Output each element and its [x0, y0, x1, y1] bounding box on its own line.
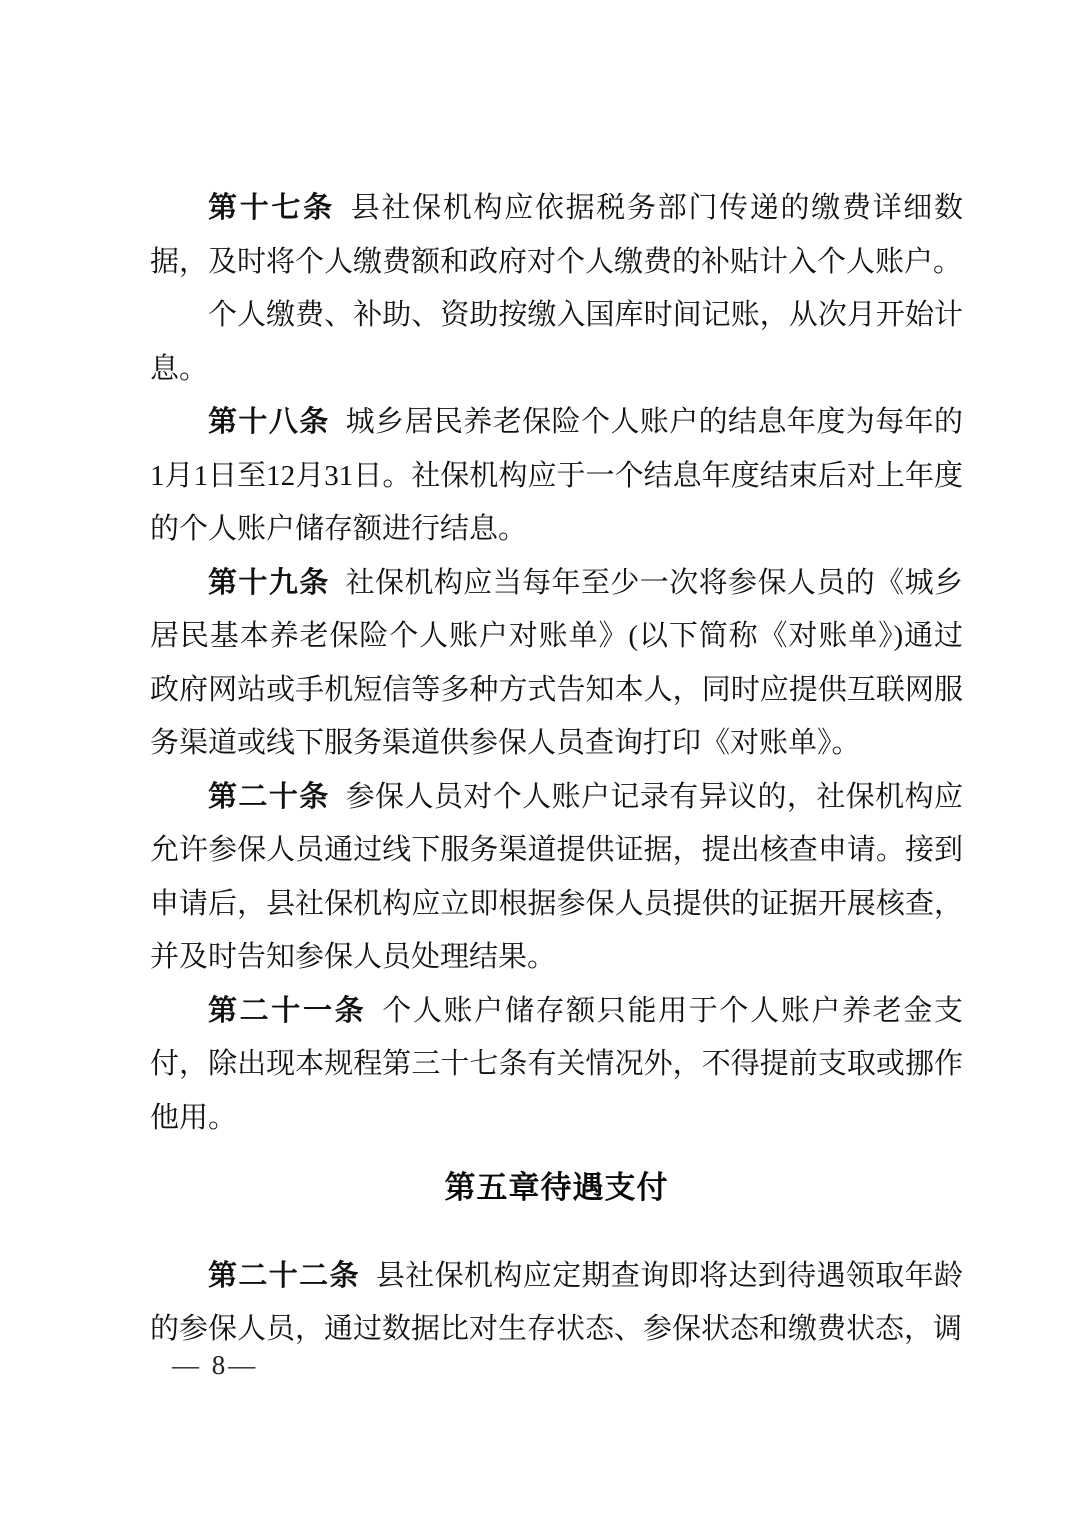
article-17-subparagraph-text: 个人缴费、补助、资助按缴入国库时间记账，从次月开始计息。 [150, 299, 963, 385]
article-18: 第十八条城乡居民养老保险个人账户的结息年度为每年的1月1日至12月31日。社保机… [150, 396, 963, 557]
article-21: 第二十一条个人账户储存额只能用于个人账户养老金支付，除出现本规程第三十七条有关情… [150, 985, 963, 1146]
article-18-label: 第十八条 [208, 406, 330, 438]
article-19-label: 第十九条 [208, 567, 330, 599]
article-17-label: 第十七条 [208, 192, 335, 224]
article-19: 第十九条社保机构应当每年至少一次将参保人员的《城乡居民基本养老保险个人账户对账单… [150, 557, 963, 771]
document-page: 第十七条县社保机构应依据税务部门传递的缴费详细数据，及时将个人缴费额和政府对个人… [0, 0, 1074, 1519]
article-22-label: 第二十二条 [208, 1260, 360, 1292]
article-17: 第十七条县社保机构应依据税务部门传递的缴费详细数据，及时将个人缴费额和政府对个人… [150, 182, 963, 289]
article-22: 第二十二条县社保机构应定期查询即将达到待遇领取年龄的参保人员，通过数据比对生存状… [150, 1250, 963, 1357]
article-21-label: 第二十一条 [208, 995, 366, 1027]
article-20-label: 第二十条 [208, 781, 330, 813]
page-number: — 8— [172, 1350, 258, 1381]
document-body: 第十七条县社保机构应依据税务部门传递的缴费详细数据，及时将个人缴费额和政府对个人… [150, 182, 963, 1357]
article-20: 第二十条参保人员对个人账户记录有异议的，社保机构应允许参保人员通过线下服务渠道提… [150, 771, 963, 985]
article-17-subparagraph: 个人缴费、补助、资助按缴入国库时间记账，从次月开始计息。 [150, 289, 963, 396]
chapter-5-heading: 第五章待遇支付 [150, 1161, 963, 1215]
